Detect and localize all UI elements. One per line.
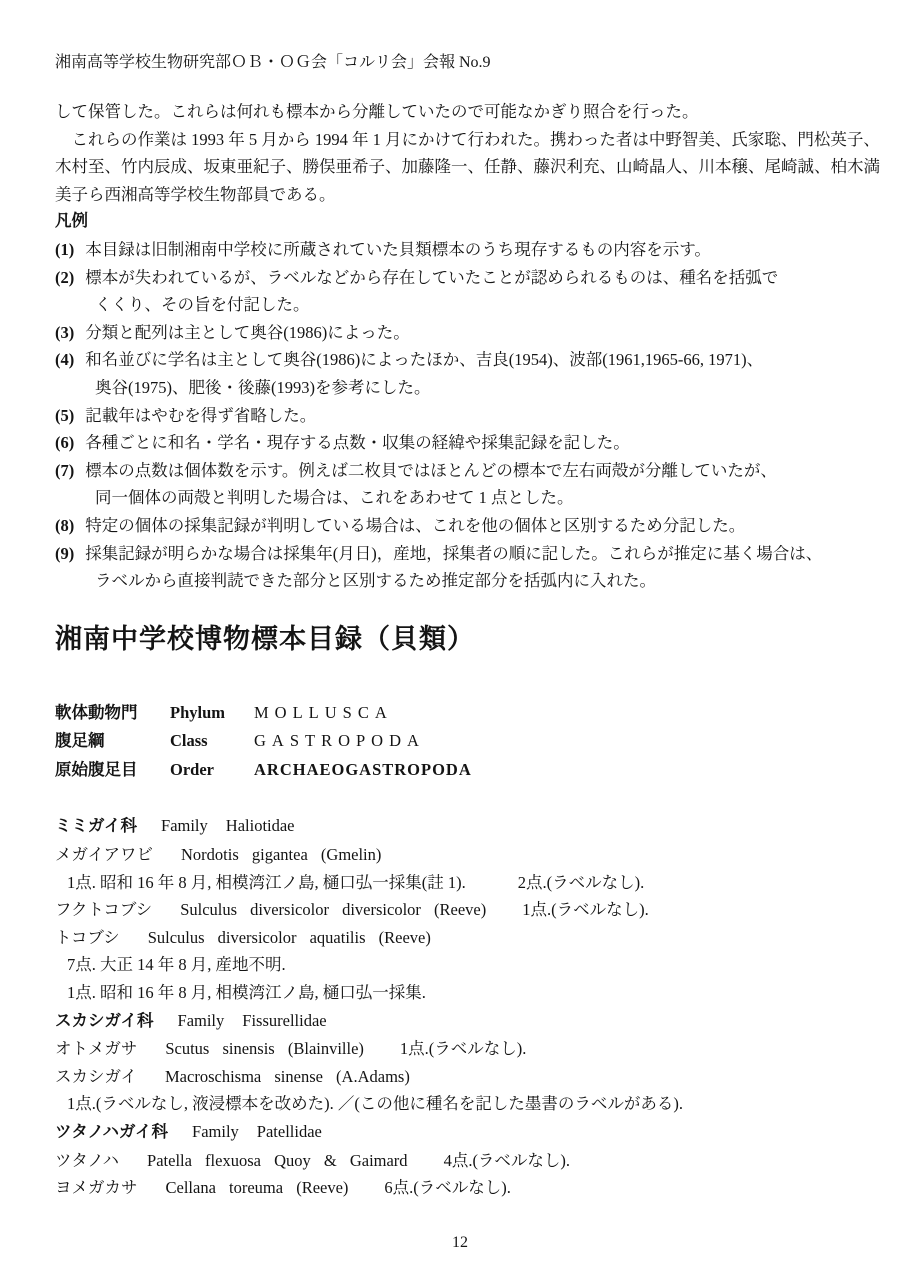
species-jp-name: メガイアワビ [55, 845, 153, 864]
legend-item-text: 採集記録が明らかな場合は採集年(月日)，産地，採集者の順に記した。これらが推定に… [85, 544, 822, 563]
specimen-record: 1点. 昭和 16 年 8 月, 相模湾江ノ島, 樋口弘一採集(註 1).2点.… [55, 869, 865, 897]
legend-item-text: 各種ごとに和名・学名・現存する点数・収集の経緯や採集記録を記した。 [85, 433, 630, 452]
legend-item-text: 標本の点数は個体数を示す。例えば二枚貝ではほとんどの標本で左右両殻が分離していた… [85, 461, 777, 480]
species-jp-name: ツタノハ [55, 1151, 119, 1170]
family-header: ツタノハガイ科FamilyPatellidae [55, 1118, 865, 1147]
legend-item-number: (7) [55, 461, 74, 480]
legend-item-4-continuation: 奥谷(1975)、肥後・後藤(1993)を参考にした。 [55, 374, 865, 402]
legend-item-7-continuation: 同一個体の両殻と判明した場合は、これをあわせて 1 点とした。 [55, 484, 865, 512]
legend-item-text: 標本が失われているが、ラベルなどから存在していたことが認められるものは、種名を括… [85, 268, 778, 287]
specimen-count: 1点.(ラベルなし). [400, 1039, 527, 1058]
taxon-latin-name: ARCHAEOGASTROPODA [254, 760, 472, 779]
legend-item-7: (7)標本の点数は個体数を示す。例えば二枚貝ではほとんどの標本で左右両殻が分離し… [55, 457, 865, 485]
page-number: 12 [55, 1232, 865, 1254]
legend-item-9: (9)採集記録が明らかな場合は採集年(月日)，産地，採集者の順に記した。これらが… [55, 540, 865, 568]
species-entry: ツタノハPatella flexuosa Quoy & Gaimard4点.(ラ… [55, 1147, 865, 1175]
taxon-latin-name: GASTROPODA [254, 731, 425, 750]
species-jp-name: ヨメガカサ [55, 1178, 138, 1197]
family-jp-name: スカシガイ科 [55, 1012, 154, 1030]
taxon-jp-name: 軟体動物門 [55, 700, 170, 728]
legend-item-8: (8)特定の個体の採集記録が判明している場合は、これを他の個体と区別するため分記… [55, 512, 865, 540]
legend-item-number: (2) [55, 268, 74, 287]
taxonomy-block: 軟体動物門PhylumMOLLUSCA 腹足綱ClassGASTROPODA 原… [55, 699, 865, 785]
taxon-jp-name: 腹足綱 [55, 728, 170, 756]
taxon-rank-label: Order [170, 756, 254, 784]
family-section-haliotidae: ミミガイ科FamilyHaliotidae メガイアワビNordotis gig… [55, 812, 865, 1006]
specimen-count: 6点.(ラベルなし). [384, 1178, 511, 1197]
legend-item-number: (9) [55, 544, 74, 563]
species-entry: スカシガイMacroschisma sinense (A.Adams) [55, 1063, 865, 1091]
taxon-rank-label: Class [170, 727, 254, 755]
species-entry: トコブシSulculus diversicolor aquatilis (Ree… [55, 924, 865, 952]
legend-item-text: 特定の個体の採集記録が判明している場合は、これを他の個体と区別するため分記した。 [85, 516, 745, 535]
intro-paragraphs: して保管した。これらは何れも標本から分離していたので可能なかぎり照合を行った。 … [55, 98, 865, 208]
taxonomy-row-class: 腹足綱ClassGASTROPODA [55, 727, 865, 756]
family-latin-name: Fissurellidae [242, 1011, 326, 1030]
specimen-record: 1点.(ラベルなし, 液浸標本を改めた). ／(この他に種名を記した墨書のラベル… [55, 1090, 865, 1118]
species-latin-name: Nordotis gigantea (Gmelin) [181, 845, 381, 864]
intro-line: これらの作業は 1993 年 5 月から 1994 年 1 月にかけて行われた。… [55, 126, 865, 154]
species-jp-name: オトメガサ [55, 1039, 137, 1058]
legend-item-number: (1) [55, 240, 74, 259]
catalog-title: 湘南中学校博物標本目録（貝類） [55, 621, 865, 657]
family-jp-name: ツタノハガイ科 [55, 1123, 168, 1141]
legend-item-9-continuation: ラベルから直接判読できた部分と区別するため推定部分を括弧内に入れた。 [55, 567, 865, 595]
specimen-count: 4点.(ラベルなし). [444, 1151, 571, 1170]
legend-item-number: (4) [55, 350, 74, 369]
taxonomy-row-order: 原始腹足目OrderARCHAEOGASTROPODA [55, 756, 865, 785]
specimen-record: 1点. 昭和 16 年 8 月, 相模湾江ノ島, 樋口弘一採集. [55, 979, 865, 1007]
species-latin-name: Cellana toreuma (Reeve) [166, 1178, 349, 1197]
taxon-jp-name: 原始腹足目 [55, 757, 170, 785]
family-header: スカシガイ科FamilyFissurellidae [55, 1007, 865, 1036]
legend-item-number: (5) [55, 406, 74, 425]
legend-item-3: (3)分類と配列は主として奥谷(1986)によった。 [55, 319, 865, 347]
family-rank-label: Family [178, 1011, 225, 1030]
legend-item-text: 記載年はやむを得ず省略した。 [85, 406, 316, 425]
legend-list: (1)本目録は旧制湘南中学校に所蔵されていた貝類標本のうち現存するもの内容を示す… [55, 236, 865, 595]
legend-item-text: 分類と配列は主として奥谷(1986)によった。 [85, 323, 410, 342]
family-latin-name: Patellidae [257, 1122, 322, 1141]
legend-item-text: 和名並びに学名は主として奥谷(1986)によったほか、吉良(1954)、波部(1… [85, 350, 763, 369]
species-entry: ヨメガカサCellana toreuma (Reeve)6点.(ラベルなし). [55, 1174, 865, 1202]
intro-line: 木村至、竹内辰成、坂東亜紀子、勝俣亜希子、加藤隆一、任静、藤沢利充、山崎晶人、川… [55, 153, 865, 181]
legend-item-2-continuation: くくり、その旨を付記した。 [55, 291, 865, 319]
legend-item-1: (1)本目録は旧制湘南中学校に所蔵されていた貝類標本のうち現存するもの内容を示す… [55, 236, 865, 264]
species-jp-name: トコブシ [55, 928, 120, 947]
species-jp-name: スカシガイ [55, 1067, 137, 1086]
specimen-record-extra: 2点.(ラベルなし). [518, 873, 645, 892]
intro-line: 美子ら西湘高等学校生物部員である。 [55, 181, 865, 209]
taxon-rank-label: Phylum [170, 699, 254, 727]
legend-title: 凡例 [55, 208, 865, 236]
family-latin-name: Haliotidae [226, 816, 295, 835]
intro-line: して保管した。これらは何れも標本から分離していたので可能なかぎり照合を行った。 [55, 98, 865, 126]
specimen-record: 7点. 大正 14 年 8 月, 産地不明. [55, 951, 865, 979]
species-entry: メガイアワビNordotis gigantea (Gmelin) [55, 841, 865, 869]
journal-header: 湘南高等学校生物研究部ＯＢ・ＯＧ会「コルリ会」会報 No.9 [55, 52, 865, 74]
species-entry: フクトコブシSulculus diversicolor diversicolor… [55, 896, 865, 924]
specimen-record-text: 1点. 昭和 16 年 8 月, 相模湾江ノ島, 樋口弘一採集(註 1). [67, 873, 466, 892]
family-rank-label: Family [161, 816, 208, 835]
legend-item-2: (2)標本が失われているが、ラベルなどから存在していたことが認められるものは、種… [55, 264, 865, 292]
species-latin-name: Macroschisma sinense (A.Adams) [165, 1067, 410, 1086]
legend-item-4: (4)和名並びに学名は主として奥谷(1986)によったほか、吉良(1954)、波… [55, 346, 865, 374]
taxonomy-row-phylum: 軟体動物門PhylumMOLLUSCA [55, 699, 865, 728]
legend-item-number: (8) [55, 516, 74, 535]
family-section-fissurellidae: スカシガイ科FamilyFissurellidae オトメガサScutus si… [55, 1007, 865, 1118]
family-rank-label: Family [192, 1122, 239, 1141]
species-jp-name: フクトコブシ [55, 900, 152, 919]
legend-item-5: (5)記載年はやむを得ず省略した。 [55, 402, 865, 430]
legend-item-number: (3) [55, 323, 74, 342]
legend-item-text: 本目録は旧制湘南中学校に所蔵されていた貝類標本のうち現存するもの内容を示す。 [85, 240, 711, 259]
species-entry: オトメガサScutus sinensis (Blainville)1点.(ラベル… [55, 1035, 865, 1063]
family-section-patellidae: ツタノハガイ科FamilyPatellidae ツタノハPatella flex… [55, 1118, 865, 1202]
document-page: 湘南高等学校生物研究部ＯＢ・ＯＧ会「コルリ会」会報 No.9 して保管した。これ… [0, 0, 905, 1254]
legend-item-number: (6) [55, 433, 74, 452]
family-header: ミミガイ科FamilyHaliotidae [55, 812, 865, 841]
taxon-latin-name: MOLLUSCA [254, 703, 393, 722]
species-latin-name: Sulculus diversicolor diversicolor (Reev… [180, 900, 486, 919]
specimen-count: 1点.(ラベルなし). [522, 900, 649, 919]
species-latin-name: Patella flexuosa Quoy & Gaimard [147, 1151, 408, 1170]
legend-item-6: (6)各種ごとに和名・学名・現存する点数・収集の経緯や採集記録を記した。 [55, 429, 865, 457]
family-jp-name: ミミガイ科 [55, 817, 137, 835]
species-latin-name: Sulculus diversicolor aquatilis (Reeve) [148, 928, 431, 947]
species-latin-name: Scutus sinensis (Blainville) [165, 1039, 364, 1058]
